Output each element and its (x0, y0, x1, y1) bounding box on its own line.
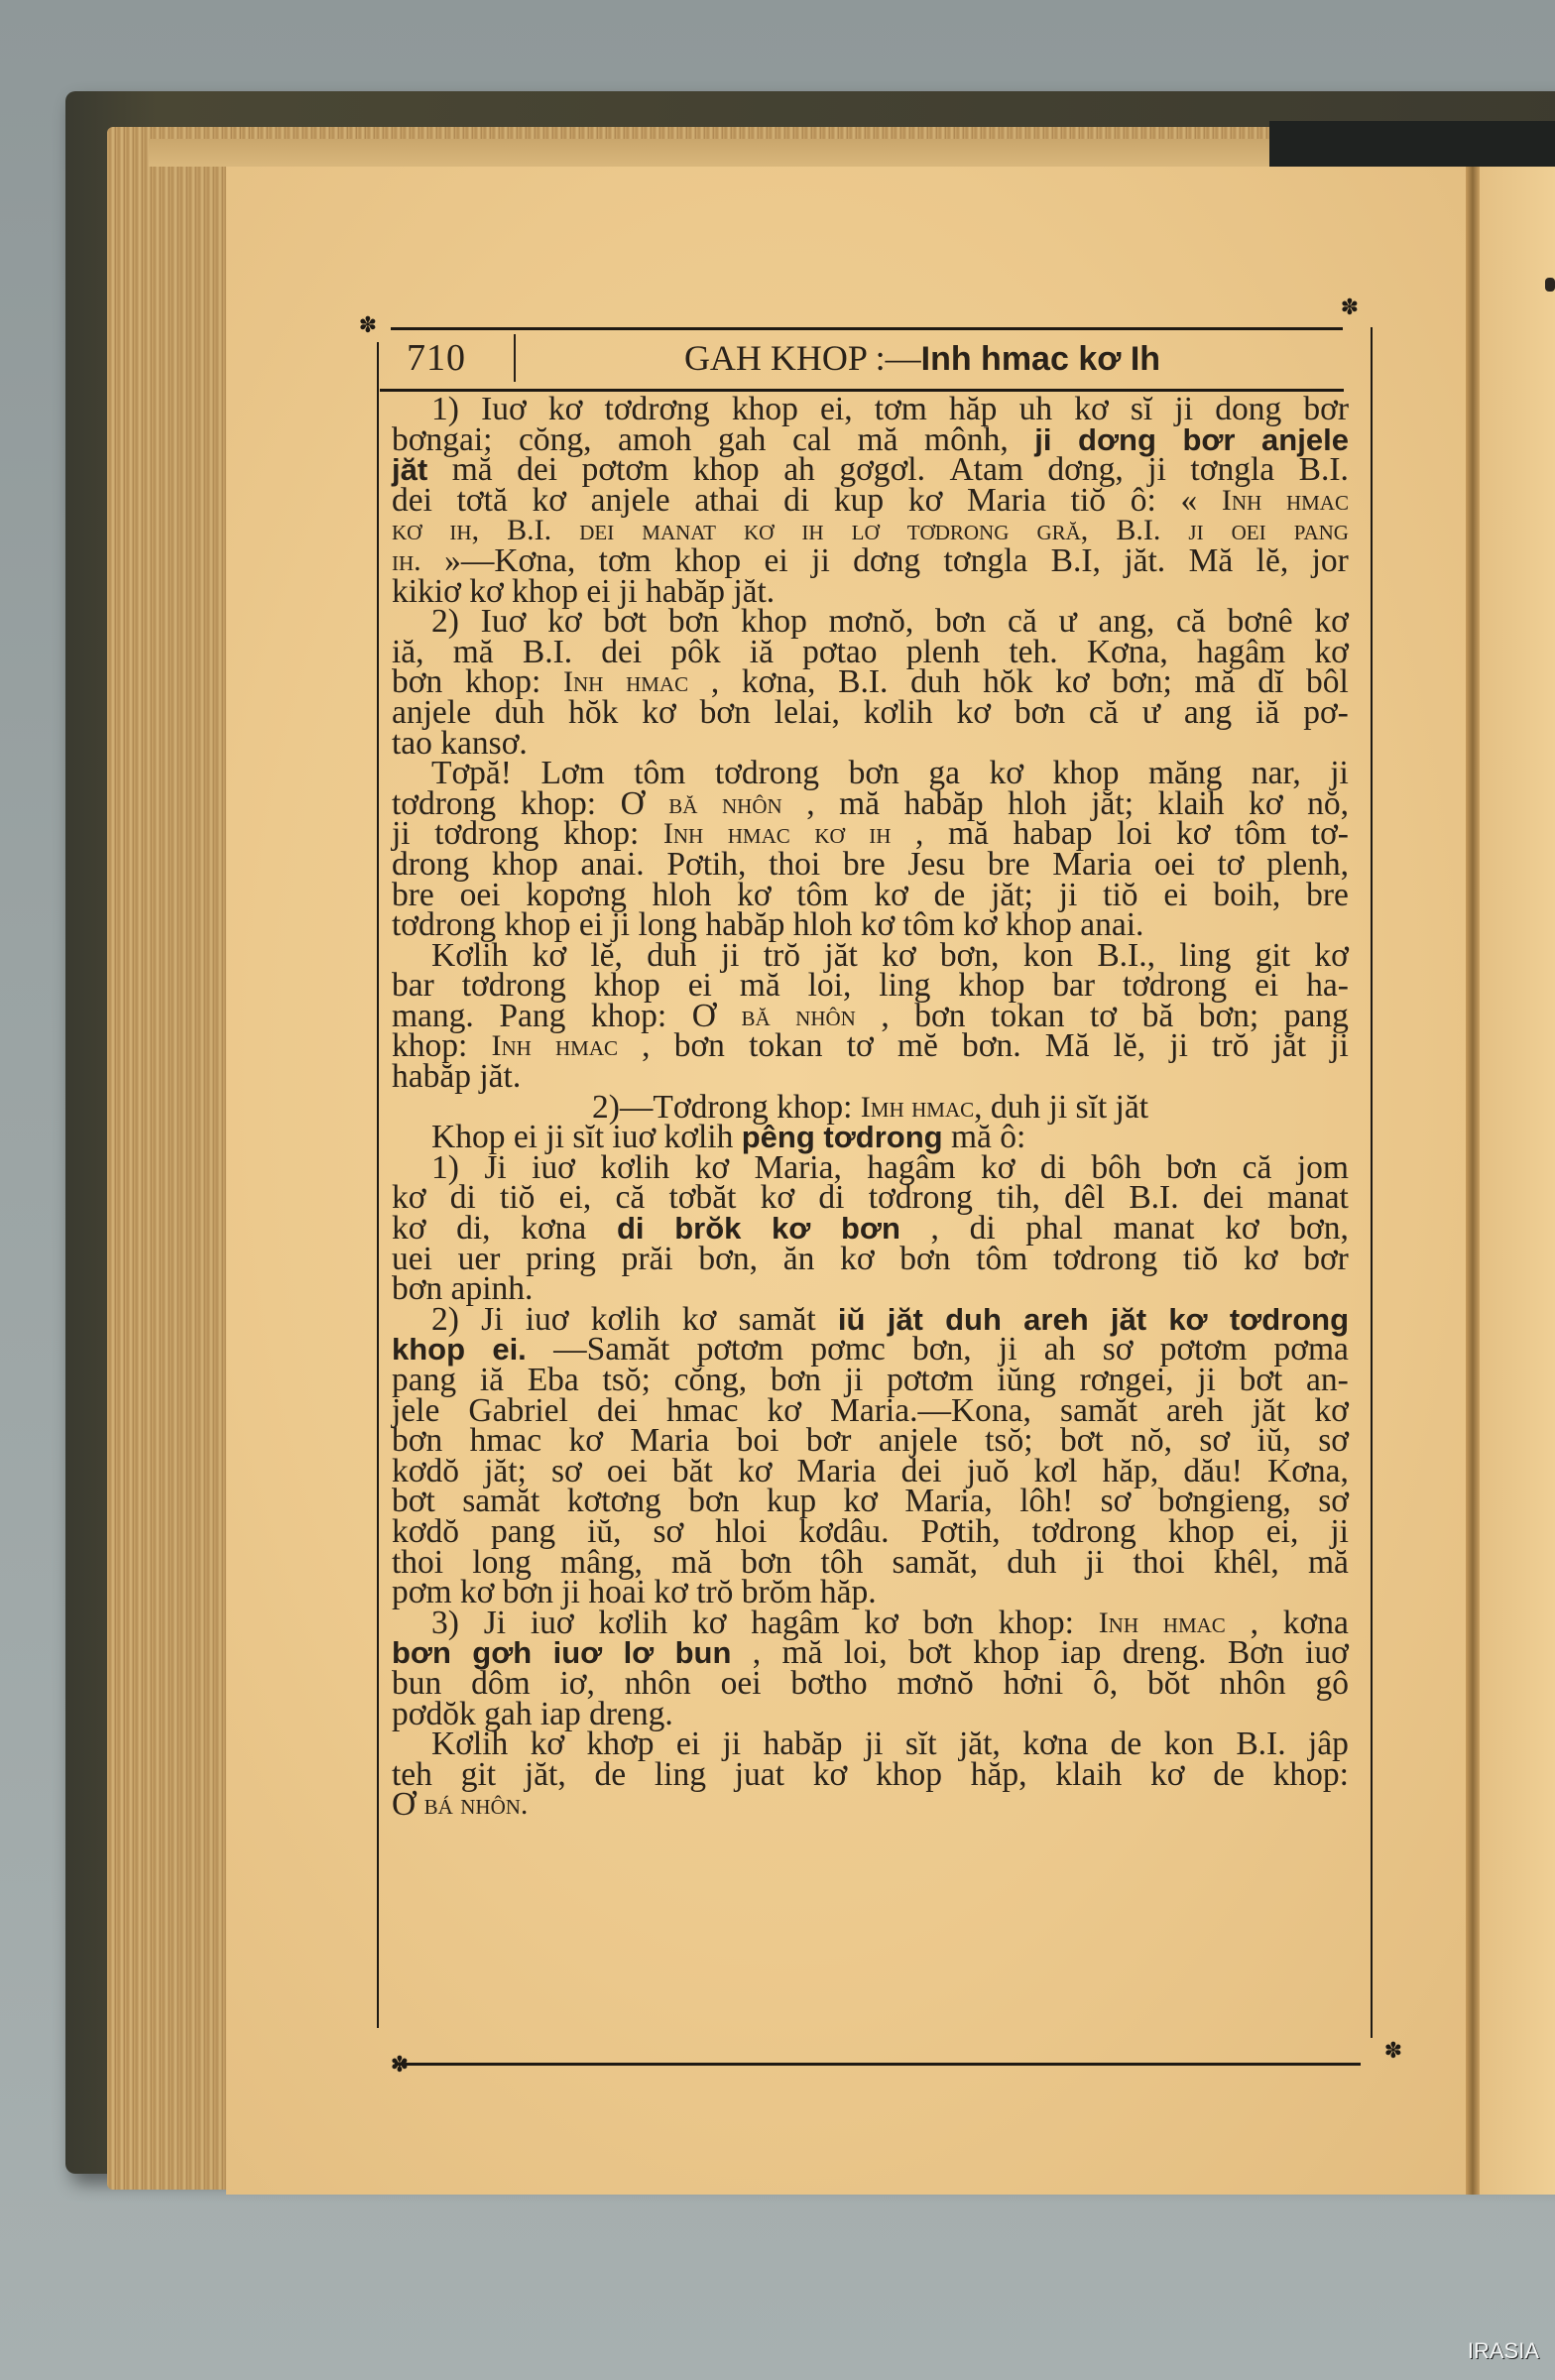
top-rule (391, 327, 1343, 330)
text-word: tơ (1090, 1002, 1117, 1032)
text-word: bơr (1303, 1245, 1349, 1275)
text-word: iuơ (531, 1608, 574, 1639)
text-word: mĕ (897, 1031, 938, 1062)
text-word: kơ (548, 395, 582, 425)
text-word: lelai, (775, 698, 840, 729)
text-word: kơ (1244, 1245, 1277, 1275)
text-line: bơngơhiuơlơbun,măloi,bơtkhopiapdreng.Bơn… (392, 1638, 1349, 1669)
text-word: iŭng (997, 1366, 1056, 1396)
facing-page-mark (1545, 278, 1555, 292)
text-word: sĭ (1131, 395, 1152, 425)
text-word: tơ (1217, 850, 1244, 881)
text-word: tiŏ (1183, 1245, 1218, 1275)
text-word: tơdrong (715, 759, 819, 789)
text-word: bă (668, 789, 697, 820)
text-word: ling (655, 1760, 706, 1791)
text-word: pang (491, 1517, 555, 1548)
text-run: habăp jăt. (392, 1062, 521, 1093)
watermark: IRASIA (1468, 2338, 1539, 2364)
text-word: khêl, (1214, 1548, 1279, 1579)
text-word: jăt, (525, 1760, 566, 1791)
text-word: , (642, 1031, 650, 1062)
text-word: sơ (653, 1517, 683, 1548)
text-word: tơngla (1190, 455, 1274, 486)
text-word: ư (1142, 698, 1160, 729)
text-word: Jesu (907, 850, 965, 881)
text-run: Ơ (392, 1790, 424, 1821)
bottom-rule (395, 2063, 1361, 2066)
text-word: « (1180, 486, 1197, 517)
text-word: tôm (976, 1245, 1027, 1275)
text-word: bơn (899, 1245, 950, 1275)
text-word: kơ (1074, 395, 1108, 425)
text-word: kup (834, 486, 884, 517)
text-word: tơdrong (869, 1183, 973, 1214)
book-spine-top (1269, 121, 1555, 167)
text-word: ei, (820, 395, 853, 425)
text-word: klaih (1055, 1760, 1122, 1791)
text-word: pring (526, 1245, 596, 1275)
text-word: anjele (591, 486, 670, 517)
text-word: bơn (674, 1031, 725, 1062)
left-frame-rule (377, 342, 379, 2028)
text-word: ji (1330, 1031, 1349, 1062)
text-word: uh (1019, 395, 1053, 425)
text-word: iơ, (560, 1669, 595, 1700)
text-line: pangiăEbatsŏ;cŏng,bơnjipơtơmiŭngrơngei,j… (392, 1366, 1349, 1396)
text-word: hŏk (568, 698, 618, 729)
text-word: B.I, (1051, 546, 1101, 577)
text-word: 2) (431, 1305, 459, 1336)
running-head-subtitle: Inh hmac kơ Ih (921, 340, 1160, 378)
text-word: ji (1086, 1548, 1105, 1579)
text-word: hăp (949, 395, 997, 425)
text-line: deitơtăkơanjeleathaidikupkơMariatiŏô:«In… (392, 486, 1349, 517)
text-word: rơngei, (1080, 1366, 1174, 1396)
text-word: Ji (481, 1305, 503, 1336)
running-head-title: GAH KHOP :— (684, 338, 921, 378)
text-word: dôm (471, 1669, 531, 1700)
text-run: bá nhôn. (424, 1790, 529, 1821)
text-line: anjeleduhhŏkkơbơnlelai,kơlihkơbơncăưangi… (392, 698, 1349, 729)
text-word: oei (1154, 850, 1195, 881)
text-word: Pang (499, 1002, 565, 1032)
text-word: anai. (581, 850, 645, 881)
text-word: că (1089, 698, 1119, 729)
text-word: jăt (1273, 1031, 1306, 1062)
text-word: iă (1256, 698, 1279, 729)
text-word: di (818, 1183, 844, 1214)
text-word: bŏt (1147, 1669, 1190, 1700)
text-word: tơm (875, 395, 927, 425)
page-header: 710 GAH KHOP :—Inh hmac kơ Ih (377, 332, 1329, 384)
text-word: trŏ (1212, 1031, 1249, 1062)
text-word: Iuơ (481, 395, 527, 425)
text-word: hmac (555, 1031, 618, 1062)
text-word: , (806, 789, 814, 820)
text-word: jor (1312, 546, 1349, 577)
text-word: 1) (431, 395, 459, 425)
text-line: Ơ bá nhôn. (392, 1790, 1349, 1821)
text-word: bơn (1015, 698, 1065, 729)
ornament-top-right-icon: ✽ (1339, 297, 1361, 319)
text-word: prăi (622, 1245, 673, 1275)
text-word: tơbăt (668, 1183, 736, 1214)
text-word: duh (495, 698, 544, 729)
text-word: ăn (783, 1245, 815, 1275)
text-word: athai (694, 486, 759, 517)
text-word: ô: (1131, 486, 1156, 517)
text-word: di (1040, 1153, 1066, 1184)
text-word: bre (843, 850, 886, 881)
text-word: ji (1197, 1366, 1216, 1396)
text-word: kơ (761, 1183, 794, 1214)
text-word: bun (392, 1669, 441, 1700)
text-word: ư (1059, 607, 1077, 638)
text-word: kơ (840, 1245, 874, 1275)
text-word: ô, (1093, 1669, 1118, 1700)
text-word: bơtho (790, 1669, 867, 1700)
text-word: mă (839, 789, 880, 820)
text-word: kơ (533, 486, 566, 517)
text-word: Mă (1189, 546, 1234, 577)
text-word: kơ (642, 698, 675, 729)
text-line: ueiuerpringprăibơn,ănkơbơntômtơdrongtiŏk… (392, 1245, 1349, 1275)
text-word: dơng (853, 546, 920, 577)
ornament-bottom-right-icon: ✽ (1382, 2041, 1404, 2063)
body-text: 1)Iuơkơtơdrơngkhopei,tơmhăpuhkơsĭjidongb… (392, 395, 1349, 1821)
text-word: Maria (967, 486, 1046, 517)
text-word: nhôn (625, 1669, 691, 1700)
text-word: drong (392, 850, 469, 881)
text-word: jăt. (1124, 546, 1165, 577)
text-word: dei (392, 486, 432, 517)
text-word: ji (1169, 1031, 1188, 1062)
text-word: an- (1306, 1366, 1349, 1396)
text-word: dong (1215, 395, 1281, 425)
text-word: boih, (1213, 881, 1280, 911)
text-word: bơn (771, 1366, 821, 1396)
text-word: ji (1330, 1517, 1349, 1548)
text-word: de (1213, 1760, 1245, 1791)
text-word: khop: (591, 1002, 666, 1032)
text-word: tơtă (457, 486, 508, 517)
text-word: kơ (908, 486, 942, 517)
text-word: juat (735, 1760, 784, 1791)
text-line: kơdŏpangiŭ,sơhloikơdâu.Pơtih,tơdrongkhop… (392, 1517, 1349, 1548)
text-word: mơnŏ (897, 1669, 974, 1700)
text-word: pang (392, 1366, 456, 1396)
text-word: kơ (957, 698, 991, 729)
text-word: ji (845, 1366, 864, 1396)
text-word: khop (876, 1760, 942, 1791)
text-word: loi, (808, 971, 852, 1002)
text-word: bơn. (962, 1031, 1021, 1062)
text-word: kơlih (598, 1608, 667, 1639)
text-run: bơn apinh. (392, 1274, 533, 1305)
text-word: kơdâu. (798, 1517, 889, 1548)
text-word: samăt, (893, 1548, 979, 1579)
text-word: nhôn (722, 789, 782, 820)
text-line: ih.»—Kơna,tơmkhopeijidơngtơnglaB.I,jăt.M… (392, 546, 1349, 577)
text-word: Ji (484, 1608, 506, 1639)
text-word: dei (601, 638, 642, 668)
text-word: khop (732, 395, 798, 425)
running-head: GAH KHOP :—Inh hmac kơ Ih (516, 337, 1329, 379)
facing-page (1480, 167, 1555, 2195)
text-word: anjele (392, 698, 471, 729)
text-word: thoi (1133, 1548, 1184, 1579)
text-word: kơ (813, 1760, 847, 1791)
text-word: kơ (692, 1608, 726, 1639)
text-word: Eba (528, 1366, 579, 1396)
text-word: oei (721, 1669, 762, 1700)
text-word: thoi (769, 850, 820, 881)
text-word: git (461, 1760, 496, 1791)
text-word: pơ- (1303, 698, 1349, 729)
ornament-top-left-icon: ✽ (357, 315, 379, 337)
text-word: Mă (1045, 1031, 1090, 1062)
text-word: kơ (1150, 1760, 1184, 1791)
text-word: ei, (1266, 1517, 1299, 1548)
text-word: bơr (1303, 395, 1349, 425)
text-word: bơn, (698, 1245, 758, 1275)
text-word: Maria (1052, 850, 1132, 881)
text-word: tokan (749, 1031, 822, 1062)
right-frame-rule (1371, 327, 1373, 2038)
text-word: ei (765, 546, 788, 577)
page-number: 710 (377, 336, 514, 380)
text-word: , (881, 1002, 889, 1032)
text-word: ei (1163, 881, 1187, 911)
text-word: bre (988, 850, 1030, 881)
text-word: bre (1306, 881, 1349, 911)
text-word: iă (480, 1366, 504, 1396)
text-line: drongkhopanai.Pơtih,thoibreJesubreMariao… (392, 850, 1349, 881)
text-word: B.I. (1299, 455, 1349, 486)
text-word: ji (721, 941, 740, 972)
text-word: bơn (700, 698, 751, 729)
text-word: ji (811, 546, 830, 577)
text-word: ang (1184, 698, 1232, 729)
text-word: kơdŏ (392, 1517, 459, 1548)
text-word: kơ (392, 516, 421, 546)
text-word: Inh (1222, 486, 1261, 517)
text-word: Pơtih, (921, 1517, 1001, 1548)
text-word: »—Kơna, (444, 546, 575, 577)
text-word: tiŏ (1071, 486, 1106, 517)
ornament-bottom-left-icon: ✽ (389, 2055, 411, 2077)
text-word: ji (1174, 395, 1193, 425)
text-word: hloi (715, 1517, 767, 1548)
text-word: pơtơm (887, 1366, 974, 1396)
text-word: kơlih (864, 698, 933, 729)
text-word: nhôn (1220, 1669, 1286, 1700)
text-word: iŭ, (587, 1517, 621, 1548)
text-word: tơdrong (1053, 1245, 1157, 1275)
text-word: ih. (392, 546, 421, 577)
text-word: khop (1168, 1517, 1235, 1548)
text-word: tơm (599, 546, 652, 577)
text-line: bundômiơ,nhônoeibơthomơnŏhơniô,bŏtnhôngô (392, 1669, 1349, 1700)
text-word: duh (1007, 1548, 1056, 1579)
text-word: că (615, 1183, 645, 1214)
text-word: khop: (1273, 1760, 1349, 1791)
text-word: cŏng, (674, 1366, 748, 1396)
text-line: 1)Iuơkơtơdrơngkhopei,tơmhăpuhkơsĭjidongb… (392, 395, 1349, 425)
text-word: de (594, 1760, 626, 1791)
text-line: habăp jăt. (392, 1062, 1349, 1093)
text-word: khop (492, 850, 558, 881)
text-line: khop:Inhhmac,bơntokantơmĕbơn.Mălĕ,jitrŏj… (392, 1031, 1349, 1062)
text-word: khop (674, 546, 741, 577)
text-word: tsŏ; (603, 1366, 651, 1396)
text-word: tơ (847, 1031, 874, 1062)
text-word: Pơtih, (666, 850, 746, 881)
text-word: hmac (1286, 486, 1349, 517)
text-line: tehgitjăt,delingjuatkơkhophăp,klaihkơdek… (392, 1760, 1349, 1791)
text-word: hơni (1004, 1669, 1064, 1700)
text-word: tơngla (944, 546, 1028, 577)
text-word: mă (1308, 1548, 1349, 1579)
text-word: plenh, (1266, 850, 1349, 881)
text-word: lĕ, (1256, 546, 1289, 577)
text-word: di (783, 486, 809, 517)
text-word: hăp, (971, 1760, 1027, 1791)
text-word: lĕ, (1114, 1031, 1146, 1062)
text-word: gô (1315, 1669, 1349, 1700)
text-word: bơt (1240, 1366, 1283, 1396)
page-gutter (1466, 167, 1480, 2195)
text-word: tơdrơng (605, 395, 710, 425)
text-word: mă (740, 971, 780, 1002)
text-word: tơdrong (1032, 1517, 1136, 1548)
text-word: 3) (431, 1608, 459, 1639)
